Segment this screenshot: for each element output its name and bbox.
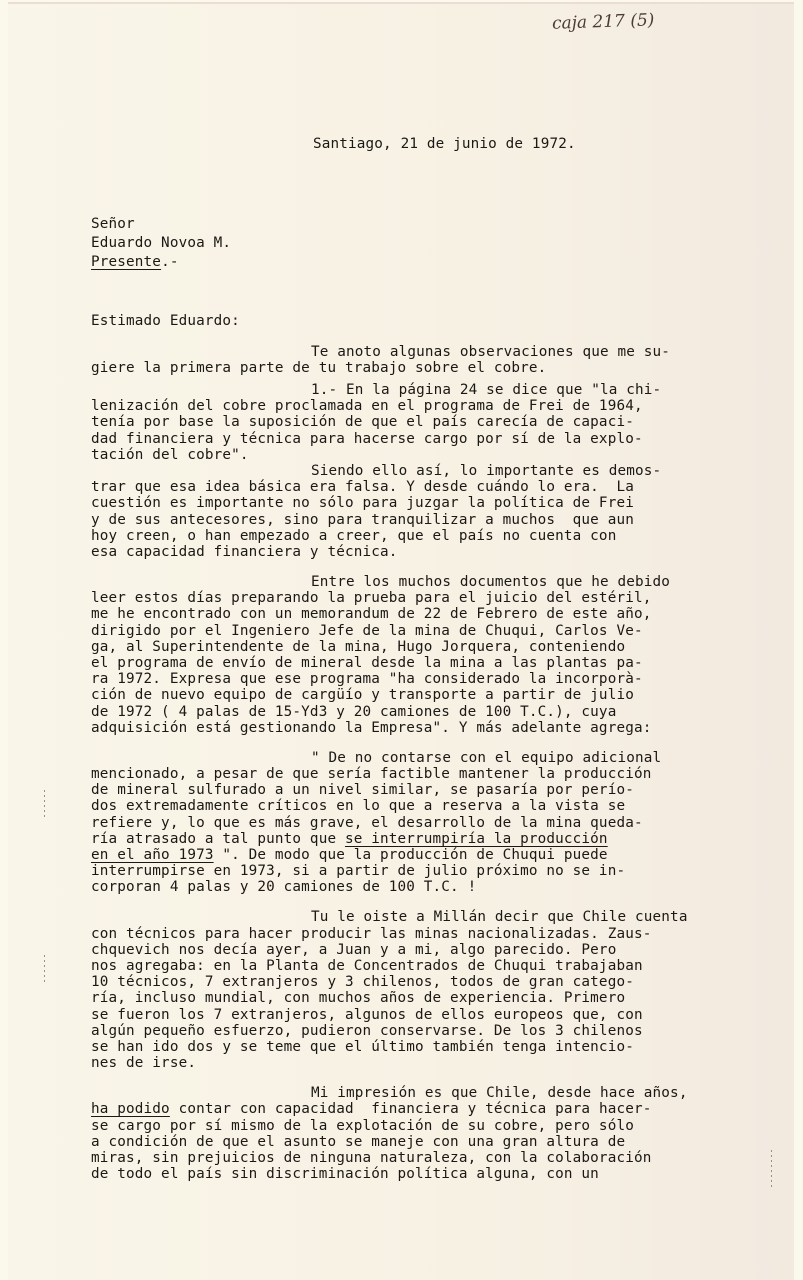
body-line: lenización del cobre proclamada en el pr…: [91, 398, 643, 414]
recipient-title: Señor: [91, 216, 135, 232]
underlined-phrase: se interrumpiría la producción: [345, 831, 608, 847]
body-line: se fueron los 7 extranjeros, algunos de …: [91, 1007, 643, 1023]
body-line: leer estos días preparando la prueba par…: [91, 590, 651, 606]
body-line: mencionado, a pesar de que sería factibl…: [91, 766, 651, 782]
letter-date: Santiago, 21 de junio de 1972.: [313, 136, 576, 152]
presente-suffix: .-: [161, 254, 179, 270]
body-line: nos agregaba: en la Planta de Concentrad…: [91, 958, 643, 974]
body-line: ha podido contar con capacidad financier…: [91, 1101, 652, 1117]
body-line: hoy creen, o han empezado a creer, que e…: [91, 528, 616, 544]
body-line: ra 1972. Expresa que ese programa "ha co…: [91, 671, 643, 687]
body-line: " De no contarse con el equipo adicional: [311, 750, 661, 766]
body-line: esa capacidad financiera y técnica.: [91, 544, 398, 560]
body-line: Entre los muchos documentos que he debid…: [311, 574, 670, 590]
body-line: nes de irse.: [91, 1055, 196, 1071]
body-line: corporan 4 palas y 20 camiones de 100 T.…: [91, 879, 476, 895]
body-line: dirigido por el Ingeniero Jefe de la min…: [91, 623, 643, 639]
underlined-phrase: en el año 1973: [91, 847, 214, 863]
body-line: con técnicos para hacer producir las min…: [91, 926, 651, 942]
body-line: 1.- En la página 24 se dice que "la chi-: [311, 382, 661, 398]
body-line: cuestión es importante no sólo para juzg…: [91, 495, 634, 511]
body-line: interrumpirse en 1973, si a partir de ju…: [91, 863, 625, 879]
body-line: Te anoto algunas observaciones que me su…: [311, 344, 670, 360]
body-line: giere la primera parte de tu trabajo sob…: [91, 360, 546, 376]
body-line: de mineral sulfurado a un nivel similar,…: [91, 782, 634, 798]
body-line: se han ido dos y se teme que el último t…: [91, 1039, 634, 1055]
recipient-name: Eduardo Novoa M.: [91, 235, 231, 251]
body-line: tenía por base la suposición de que el p…: [91, 414, 634, 430]
body-line: chquevich nos decía ayer, a Juan y a mi,…: [91, 942, 616, 958]
body-line: 10 técnicos, 7 extranjeros y 3 chilenos,…: [91, 974, 634, 990]
presente-underlined: Presente: [91, 254, 161, 270]
body-line: y de sus antecesores, sino para tranquil…: [91, 512, 634, 528]
body-line: trar que esa idea básica era falsa. Y de…: [91, 479, 634, 495]
underlined-phrase: ha podido: [91, 1101, 170, 1117]
body-line: adquisición está gestionando la Empresa"…: [91, 720, 651, 736]
body-line: miras, sin prejuicios de ninguna natural…: [91, 1150, 651, 1166]
body-line: dos extremadamente críticos en lo que a …: [91, 798, 625, 814]
margin-mark: [44, 790, 45, 820]
body-line: ría atrasado a tal punto que se interrum…: [91, 831, 608, 847]
margin-mark: [771, 1150, 772, 1190]
body-line: tación del cobre".: [91, 447, 249, 463]
body-line: dad financiera y técnica para hacerse ca…: [91, 431, 643, 447]
body-line: de 1972 ( 4 palas de 15-Yd3 y 20 camione…: [91, 704, 616, 720]
body-line: en el año 1973 ". De modo que la producc…: [91, 847, 608, 863]
body-line: ga, al Superintendente de la mina, Hugo …: [91, 639, 625, 655]
handwritten-archive-note: caja 217 (5): [552, 10, 655, 34]
body-line: Mi impresión es que Chile, desde hace añ…: [311, 1085, 688, 1101]
body-line: se cargo por sí mismo de la explotación …: [91, 1118, 634, 1134]
body-line: Siendo ello así, lo importante es demos-: [311, 463, 661, 479]
body-line: a condición de que el asunto se maneje c…: [91, 1134, 625, 1150]
body-line: el programa de envío de mineral desde la…: [91, 655, 643, 671]
recipient-presente: Presente.-: [91, 254, 179, 270]
body-line: ría, incluso mundial, con muchos años de…: [91, 990, 625, 1006]
body-line: algún pequeño esfuerzo, pudieron conserv…: [91, 1023, 643, 1039]
body-line: Tu le oiste a Millán decir que Chile cue…: [311, 909, 688, 925]
body-line: refiere y, lo que es más grave, el desar…: [91, 815, 643, 831]
body-line: de todo el país sin discriminación polít…: [91, 1166, 599, 1182]
body-line: me he encontrado con un memorandum de 22…: [91, 606, 651, 622]
margin-mark: [44, 955, 45, 985]
body-line: ción de nuevo equipo de cargüío y transp…: [91, 687, 634, 703]
greeting: Estimado Eduardo:: [91, 313, 240, 329]
